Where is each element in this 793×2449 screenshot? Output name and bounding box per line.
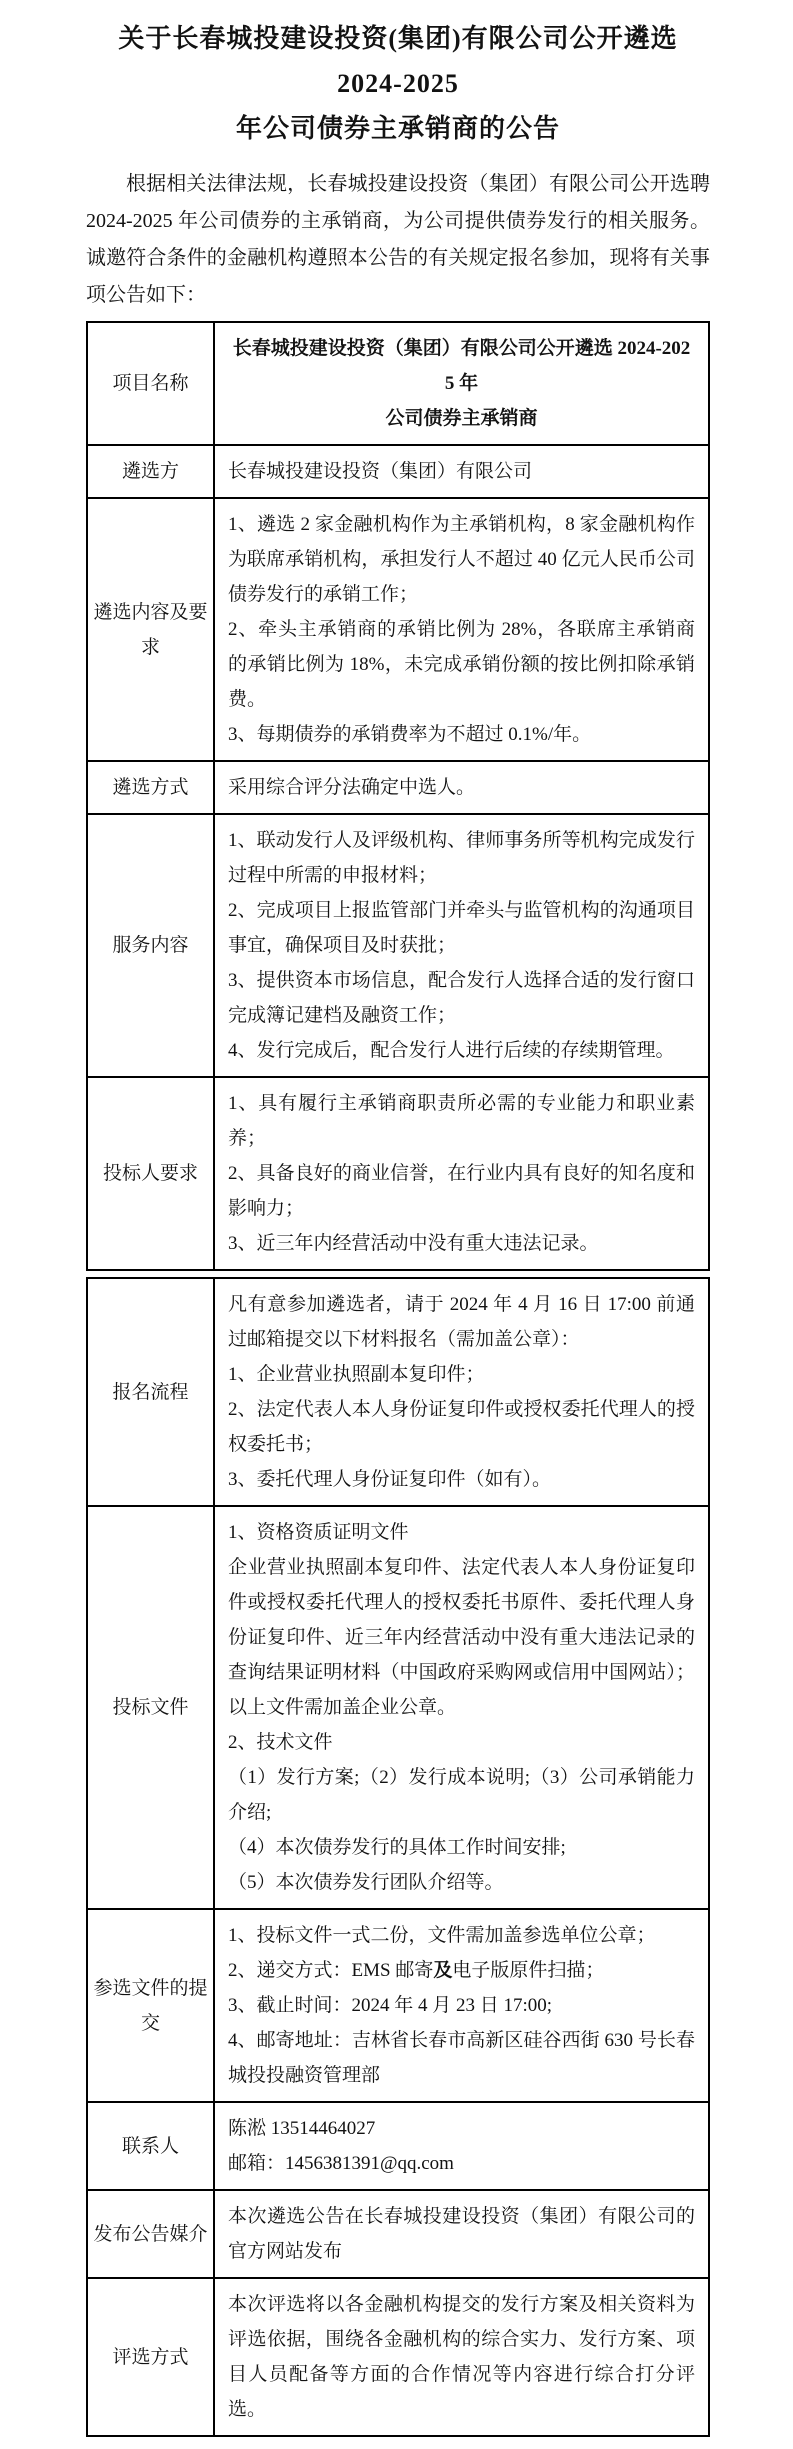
content-segment: 1、联动发行人及评级机构、律师事务所等机构完成发行过程中所需的申报材料； <box>228 830 695 886</box>
content-segment: 企业营业执照副本复印件、法定代表人本人身份证复印件或授权委托代理人的授权委托书原… <box>228 1557 695 1718</box>
table-row: 项目名称长春城投建设投资（集团）有限公司公开遴选 2024-2025 年公司债券… <box>87 322 709 445</box>
content-segment: （4）本次债券发行的具体工作时间安排; <box>228 1837 566 1858</box>
table-row: 服务内容1、联动发行人及评级机构、律师事务所等机构完成发行过程中所需的申报材料；… <box>87 814 709 1077</box>
content-segment-bold: 及 <box>433 1960 452 1981</box>
content-segment: 公司债券主承销商 <box>385 408 537 429</box>
table-row: 参选文件的提交1、投标文件一式二份，文件需加盖参选单位公章；2、递交方式：EMS… <box>87 1909 709 2102</box>
content-line: 4、发行完成后，配合发行人进行后续的存续期管理。 <box>228 1033 695 1068</box>
content-line: 1、联动发行人及评级机构、律师事务所等机构完成发行过程中所需的申报材料； <box>228 823 695 893</box>
content-line: 长春城投建设投资（集团）有限公司公开遴选 2024-2025 年 <box>228 331 695 401</box>
row-label: 投标文件 <box>87 1506 214 1909</box>
content-line: 采用综合评分法确定中选人。 <box>228 770 695 805</box>
content-segment: 2、具备良好的商业信誉，在行业内具有良好的知名度和影响力； <box>228 1163 695 1219</box>
row-content: 陈淞 13514464027邮箱：1456381391@qq.com <box>214 2102 709 2190</box>
content-segment: 3、提供资本市场信息，配合发行人选择合适的发行窗口完成簿记建档及融资工作； <box>228 970 695 1026</box>
content-line: 2、牵头主承销商的承销比例为 28%，各联席主承销商的承销比例为 18%，未完成… <box>228 612 695 717</box>
content-segment: 3、截止时间：2024 年 4 月 23 日 17:00; <box>228 1995 552 2016</box>
row-content: 1、联动发行人及评级机构、律师事务所等机构完成发行过程中所需的申报材料；2、完成… <box>214 814 709 1077</box>
content-line: 1、投标文件一式二份，文件需加盖参选单位公章； <box>228 1918 695 1953</box>
row-label: 遴选方式 <box>87 761 214 814</box>
content-segment: 2、技术文件 <box>228 1732 333 1753</box>
content-segment: 凡有意参加遴选者，请于 2024 年 4 月 16 日 17:00 前通过邮箱提… <box>228 1294 695 1350</box>
content-segment: （1）发行方案;（2）发行成本说明;（3）公司承销能力介绍; <box>228 1767 695 1823</box>
content-line: 2、法定代表人本人身份证复印件或授权委托代理人的授权委托书； <box>228 1392 695 1462</box>
announcement-table-upper: 项目名称长春城投建设投资（集团）有限公司公开遴选 2024-2025 年公司债券… <box>86 321 710 1271</box>
content-line: 本次评选将以各金融机构提交的发行方案及相关资料为评选依据，围绕各金融机构的综合实… <box>228 2287 695 2427</box>
content-segment: 2、牵头主承销商的承销比例为 28%，各联席主承销商的承销比例为 18%，未完成… <box>228 619 695 710</box>
content-segment: 4、邮寄地址：吉林省长春市高新区硅谷西街 630 号长春城投投融资管理部 <box>228 2030 695 2086</box>
content-segment: 本次遴选公告在长春城投建设投资（集团）有限公司的官方网站发布 <box>228 2206 695 2262</box>
document-title-line1: 关于长春城投建设投资(集团)有限公司公开遴选 2024-2025 <box>86 16 710 106</box>
content-segment: 本次评选将以各金融机构提交的发行方案及相关资料为评选依据，围绕各金融机构的综合实… <box>228 2294 695 2420</box>
content-segment: 采用综合评分法确定中选人。 <box>228 777 475 798</box>
row-label: 服务内容 <box>87 814 214 1077</box>
content-segment: 长春城投建设投资（集团）有限公司 <box>228 461 532 482</box>
content-segment: 陈淞 13514464027 <box>228 2118 375 2139</box>
row-label: 遴选方 <box>87 445 214 498</box>
table-row: 遴选内容及要求1、遴选 2 家金融机构作为主承销机构，8 家金融机构作为联席承销… <box>87 498 709 761</box>
content-segment: 2、递交方式：EMS 邮寄 <box>228 1960 433 1981</box>
content-segment: 4、发行完成后，配合发行人进行后续的存续期管理。 <box>228 1040 675 1061</box>
content-segment: 1、投标文件一式二份，文件需加盖参选单位公章； <box>228 1925 656 1946</box>
content-segment: 1、企业营业执照副本复印件； <box>228 1364 485 1385</box>
content-line: 3、提供资本市场信息，配合发行人选择合适的发行窗口完成簿记建档及融资工作； <box>228 963 695 1033</box>
content-line: （5）本次债券发行团队介绍等。 <box>228 1865 695 1900</box>
row-content: 1、遴选 2 家金融机构作为主承销机构，8 家金融机构作为联席承销机构，承担发行… <box>214 498 709 761</box>
content-line: （4）本次债券发行的具体工作时间安排; <box>228 1830 695 1865</box>
content-line: 邮箱：1456381391@qq.com <box>228 2146 695 2181</box>
content-line: （1）发行方案;（2）发行成本说明;（3）公司承销能力介绍; <box>228 1760 695 1830</box>
content-line: 2、具备良好的商业信誉，在行业内具有良好的知名度和影响力； <box>228 1156 695 1226</box>
announcement-table-lower: 报名流程凡有意参加遴选者，请于 2024 年 4 月 16 日 17:00 前通… <box>86 1277 710 2437</box>
row-label: 投标人要求 <box>87 1077 214 1270</box>
content-line: 1、遴选 2 家金融机构作为主承销机构，8 家金融机构作为联席承销机构，承担发行… <box>228 507 695 612</box>
content-line: 3、每期债券的承销费率为不超过 0.1%/年。 <box>228 717 695 752</box>
table-row: 投标文件1、资格资质证明文件企业营业执照副本复印件、法定代表人本人身份证复印件或… <box>87 1506 709 1909</box>
table-row: 联系人陈淞 13514464027邮箱：1456381391@qq.com <box>87 2102 709 2190</box>
table-row: 遴选方长春城投建设投资（集团）有限公司 <box>87 445 709 498</box>
content-segment: 电子版原件扫描； <box>452 1960 604 1981</box>
content-line: 3、委托代理人身份证复印件（如有）。 <box>228 1462 695 1497</box>
row-label: 发布公告媒介 <box>87 2190 214 2278</box>
content-line: 3、截止时间：2024 年 4 月 23 日 17:00; <box>228 1988 695 2023</box>
content-line: 公司债券主承销商 <box>228 401 695 436</box>
row-content: 长春城投建设投资（集团）有限公司 <box>214 445 709 498</box>
row-label: 评选方式 <box>87 2278 214 2436</box>
table-row: 报名流程凡有意参加遴选者，请于 2024 年 4 月 16 日 17:00 前通… <box>87 1278 709 1506</box>
content-line: 本次遴选公告在长春城投建设投资（集团）有限公司的官方网站发布 <box>228 2199 695 2269</box>
intro-paragraph: 根据相关法律法规，长春城投建设投资（集团）有限公司公开选聘 2024-2025 … <box>86 166 710 314</box>
row-label: 项目名称 <box>87 322 214 445</box>
content-line: 4、邮寄地址：吉林省长春市高新区硅谷西街 630 号长春城投投融资管理部 <box>228 2023 695 2093</box>
content-segment: 3、委托代理人身份证复印件（如有）。 <box>228 1469 551 1490</box>
content-segment: 1、遴选 2 家金融机构作为主承销机构，8 家金融机构作为联席承销机构，承担发行… <box>228 514 695 605</box>
content-line: 1、具有履行主承销商职责所必需的专业能力和职业素养； <box>228 1086 695 1156</box>
content-segment: 1、具有履行主承销商职责所必需的专业能力和职业素养； <box>228 1093 695 1149</box>
content-segment: 2、完成项目上报监管部门并牵头与监管机构的沟通项目事宜，确保项目及时获批； <box>228 900 695 956</box>
row-content: 长春城投建设投资（集团）有限公司公开遴选 2024-2025 年公司债券主承销商 <box>214 322 709 445</box>
content-segment: （5）本次债券发行团队介绍等。 <box>228 1872 504 1893</box>
content-line: 长春城投建设投资（集团）有限公司 <box>228 454 695 489</box>
table-row: 发布公告媒介本次遴选公告在长春城投建设投资（集团）有限公司的官方网站发布 <box>87 2190 709 2278</box>
table-row: 投标人要求1、具有履行主承销商职责所必需的专业能力和职业素养；2、具备良好的商业… <box>87 1077 709 1270</box>
content-line: 2、完成项目上报监管部门并牵头与监管机构的沟通项目事宜，确保项目及时获批； <box>228 893 695 963</box>
table-row: 评选方式本次评选将以各金融机构提交的发行方案及相关资料为评选依据，围绕各金融机构… <box>87 2278 709 2436</box>
content-line: 企业营业执照副本复印件、法定代表人本人身份证复印件或授权委托代理人的授权委托书原… <box>228 1550 695 1725</box>
content-segment: 1、资格资质证明文件 <box>228 1522 409 1543</box>
row-content: 采用综合评分法确定中选人。 <box>214 761 709 814</box>
row-label: 联系人 <box>87 2102 214 2190</box>
row-content: 本次遴选公告在长春城投建设投资（集团）有限公司的官方网站发布 <box>214 2190 709 2278</box>
content-line: 陈淞 13514464027 <box>228 2111 695 2146</box>
content-line: 2、递交方式：EMS 邮寄及电子版原件扫描； <box>228 1953 695 1988</box>
content-line: 1、资格资质证明文件 <box>228 1515 695 1550</box>
announcement-table-upper-body: 项目名称长春城投建设投资（集团）有限公司公开遴选 2024-2025 年公司债券… <box>87 322 709 1270</box>
row-content: 1、资格资质证明文件企业营业执照副本复印件、法定代表人本人身份证复印件或授权委托… <box>214 1506 709 1909</box>
row-content: 凡有意参加遴选者，请于 2024 年 4 月 16 日 17:00 前通过邮箱提… <box>214 1278 709 1506</box>
content-line: 3、近三年内经营活动中没有重大违法记录。 <box>228 1226 695 1261</box>
row-content: 1、投标文件一式二份，文件需加盖参选单位公章；2、递交方式：EMS 邮寄及电子版… <box>214 1909 709 2102</box>
announcement-table-lower-body: 报名流程凡有意参加遴选者，请于 2024 年 4 月 16 日 17:00 前通… <box>87 1278 709 2436</box>
content-segment: 邮箱：1456381391@qq.com <box>228 2153 454 2174</box>
row-label: 参选文件的提交 <box>87 1909 214 2102</box>
row-label: 报名流程 <box>87 1278 214 1506</box>
row-content: 1、具有履行主承销商职责所必需的专业能力和职业素养；2、具备良好的商业信誉，在行… <box>214 1077 709 1270</box>
content-line: 凡有意参加遴选者，请于 2024 年 4 月 16 日 17:00 前通过邮箱提… <box>228 1287 695 1357</box>
document-title: 关于长春城投建设投资(集团)有限公司公开遴选 2024-2025 年公司债券主承… <box>86 16 710 151</box>
content-segment: 2、法定代表人本人身份证复印件或授权委托代理人的授权委托书； <box>228 1399 695 1455</box>
row-content: 本次评选将以各金融机构提交的发行方案及相关资料为评选依据，围绕各金融机构的综合实… <box>214 2278 709 2436</box>
content-segment: 3、近三年内经营活动中没有重大违法记录。 <box>228 1233 599 1254</box>
announcement-page: 关于长春城投建设投资(集团)有限公司公开遴选 2024-2025 年公司债券主承… <box>0 0 793 2449</box>
table-row: 遴选方式采用综合评分法确定中选人。 <box>87 761 709 814</box>
document-title-line2: 年公司债券主承销商的公告 <box>86 106 710 151</box>
content-line: 1、企业营业执照副本复印件； <box>228 1357 695 1392</box>
content-line: 2、技术文件 <box>228 1725 695 1760</box>
content-segment: 长春城投建设投资（集团）有限公司公开遴选 2024-2025 年 <box>233 338 691 394</box>
content-segment: 3、每期债券的承销费率为不超过 0.1%/年。 <box>228 724 591 745</box>
row-label: 遴选内容及要求 <box>87 498 214 761</box>
